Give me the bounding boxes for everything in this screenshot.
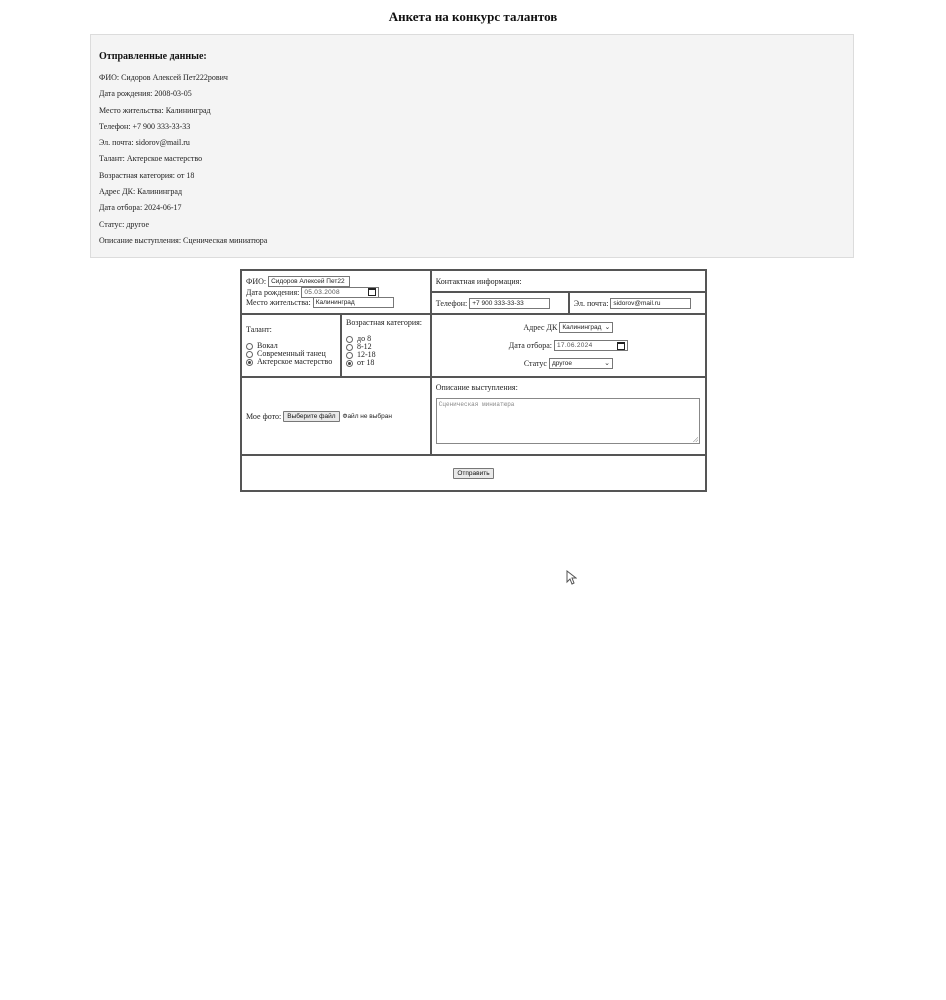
chevron-down-icon: ⌄ [604,359,610,368]
submitted-line: Статус: другое [99,217,845,233]
radio-icon[interactable] [246,351,253,358]
description-label: Описание выступления: [436,383,701,392]
dk-label: Адрес ДК [523,323,557,332]
status-select[interactable]: другое ⌄ [549,358,613,369]
choose-file-button[interactable]: Выберите файл [283,411,339,422]
submitted-heading: Отправленные данные: [99,51,845,62]
phone-label: Телефон: [436,299,467,308]
file-status: Файл не выбран [343,413,392,420]
submitted-line: Возрастная категория: от 18 [99,168,845,184]
submitted-line: Адрес ДК: Калининград [99,184,845,200]
fio-label: ФИО: [246,277,266,286]
submitted-line: Эл. почта: sidorov@mail.ru [99,135,845,151]
age-cell: Возрастная категория: до 8 8-12 12-18 от… [341,314,431,377]
birth-date-value: 05.03.2008 [304,288,340,297]
contact-heading-cell: Контактная информация: [431,270,706,292]
submitted-line: ФИО: Сидоров Алексей Пет222рович [99,70,845,86]
chevron-down-icon: ⌄ [604,323,610,332]
city-input[interactable]: Калининград [313,297,394,308]
city-label: Место жительства: [246,298,311,307]
status-label: Статус [524,359,547,368]
submitted-line: Дата рождения: 2008-03-05 [99,86,845,102]
mouse-cursor-icon [566,570,577,586]
description-textarea[interactable]: Сценическая миниатюра [436,398,700,444]
submit-cell: Отправить [241,455,706,491]
radio-icon[interactable] [346,336,353,343]
photo-label: Мое фото: [246,412,281,421]
age-option-18-plus[interactable]: от 18 [346,359,426,367]
event-cell: Адрес ДК Калининград ⌄ Дата отбора: 17.0… [431,314,706,377]
phone-input[interactable]: +7 900 333-33-33 [469,298,550,309]
talent-form: ФИО: Сидоров Алексей Пет22 Дата рождения… [240,269,707,492]
fio-input[interactable]: Сидоров Алексей Пет22 [268,276,350,287]
talent-cell: Талант: Вокал Современный танец Актерско… [241,314,341,377]
submitted-data-panel: Отправленные данные: ФИО: Сидоров Алексе… [90,34,854,258]
submitted-line: Талант: Актерское мастерство [99,151,845,167]
selection-date-input[interactable]: 17.06.2024 [554,340,628,351]
email-input[interactable]: sidorov@mail.ru [610,298,691,309]
selection-date-label: Дата отбора: [509,341,552,350]
description-placeholder: Сценическая миниатюра [439,401,515,408]
talent-label: Талант: [246,325,336,334]
submitted-line: Дата отбора: 2024-06-17 [99,200,845,216]
radio-checked-icon[interactable] [346,360,353,367]
talent-option-acting[interactable]: Актерское мастерство [246,358,336,366]
dk-select[interactable]: Калининград ⌄ [559,322,613,333]
birth-date-input[interactable]: 05.03.2008 [301,287,379,298]
phone-cell: Телефон: +7 900 333-33-33 [431,292,569,314]
age-label: Возрастная категория: [346,318,426,327]
contact-heading: Контактная информация: [436,277,522,286]
photo-cell: Мое фото: Выберите файл Файл не выбран [241,377,431,455]
calendar-icon[interactable] [617,342,625,350]
radio-icon[interactable] [246,343,253,350]
birth-date-label: Дата рождения: [246,288,299,297]
page-title: Анкета на конкурс талантов [0,9,946,25]
email-label: Эл. почта: [574,299,609,308]
description-cell: Описание выступления: Сценическая миниат… [431,377,706,455]
resize-handle-icon[interactable] [693,437,698,442]
personal-cell: ФИО: Сидоров Алексей Пет22 Дата рождения… [241,270,431,314]
submit-button[interactable]: Отправить [453,468,493,479]
submitted-line: Описание выступления: Сценическая миниат… [99,233,845,249]
calendar-icon[interactable] [368,288,376,296]
radio-icon[interactable] [346,352,353,359]
radio-checked-icon[interactable] [246,359,253,366]
submitted-line: Место жительства: Калининград [99,103,845,119]
email-cell: Эл. почта: sidorov@mail.ru [569,292,706,314]
submitted-line: Телефон: +7 900 333-33-33 [99,119,845,135]
radio-icon[interactable] [346,344,353,351]
